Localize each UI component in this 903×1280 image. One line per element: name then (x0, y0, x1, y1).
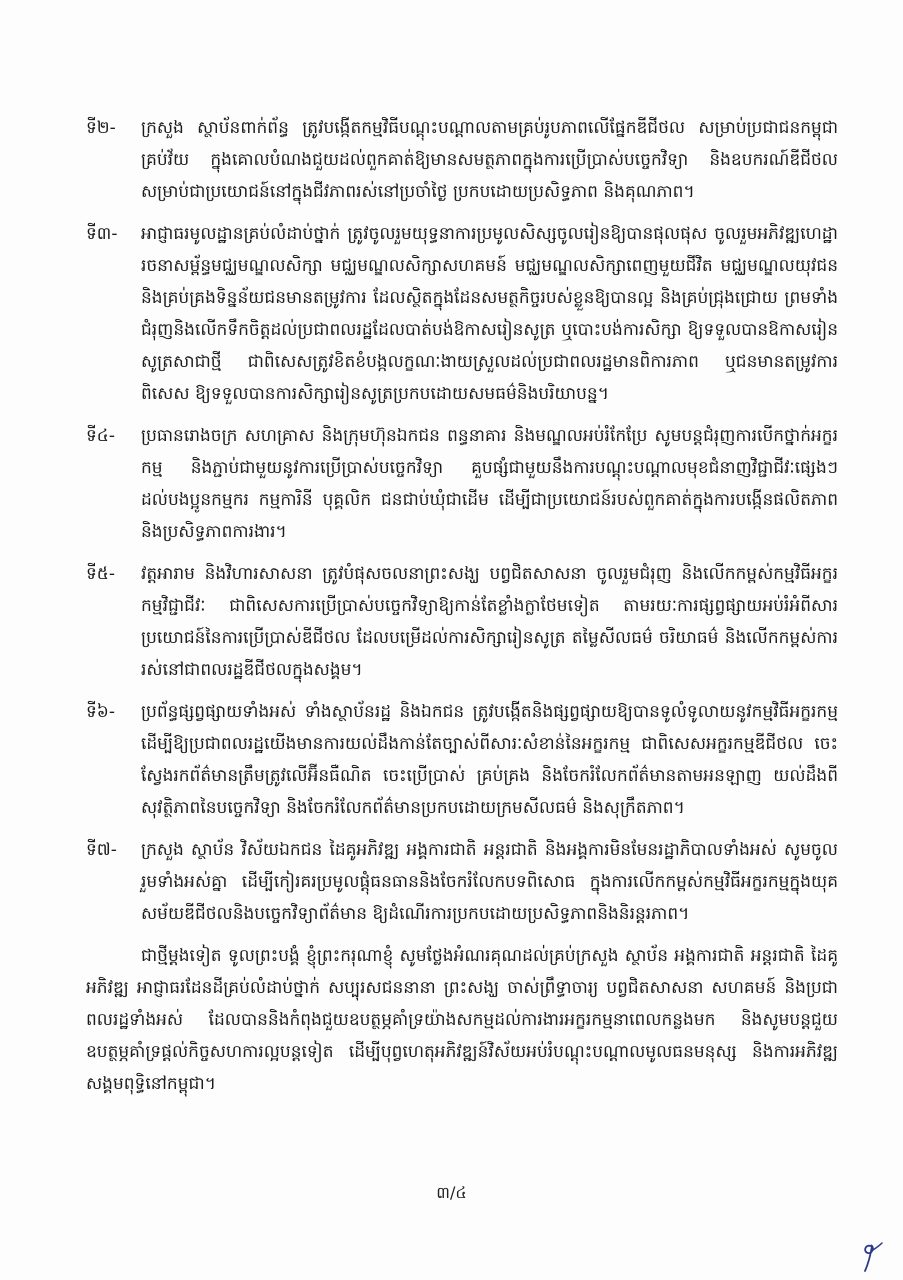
closing-paragraph: ជាថ្មីម្តងទៀត ទូលព្រះបង្គំ ខ្ញុំព្រះករុណ… (86, 940, 838, 1100)
list-item: ទី២- ក្រសួង ស្ថាប័នពាក់ព័ន្ធ ត្រូវបង្កើត… (86, 112, 838, 208)
item-number: ទី៥- (86, 558, 115, 590)
handwritten-initial-icon (857, 1240, 885, 1274)
item-text: វត្តអារាម និងវិហារសាសនា ត្រូវបំផុសចលនាព្… (141, 558, 838, 686)
item-text: ប្រធានរោងចក្រ សហគ្រាស និងក្រុមហ៊ុនឯកជន ព… (141, 420, 838, 548)
list-item: ទី៧- ក្រសួង ស្ថាប័ន វិស័យឯកជន ដៃគូអភិវឌ្… (86, 834, 838, 930)
item-text: ប្រព័ន្ធផ្សព្វផ្សាយទាំងអស់ ទាំងស្ថាប័នរដ… (141, 696, 838, 824)
item-text: ក្រសួង ស្ថាប័នពាក់ព័ន្ធ ត្រូវបង្កើតកម្មវ… (141, 112, 838, 208)
list-item: ទី៤- ប្រធានរោងចក្រ សហគ្រាស និងក្រុមហ៊ុនឯ… (86, 420, 838, 548)
list-item: ទី៥- វត្តអារាម និងវិហារសាសនា ត្រូវបំផុសច… (86, 558, 838, 686)
document-page: ទី២- ក្រសួង ស្ថាប័នពាក់ព័ន្ធ ត្រូវបង្កើត… (0, 0, 903, 1280)
document-body: ទី២- ក្រសួង ស្ថាប័នពាក់ព័ន្ធ ត្រូវបង្កើត… (86, 112, 838, 1117)
item-text: ក្រសួង ស្ថាប័ន វិស័យឯកជន ដៃគូអភិវឌ្ឍ អង្… (141, 834, 838, 930)
list-item: ទី៦- ប្រព័ន្ធផ្សព្វផ្សាយទាំងអស់ ទាំងស្ថា… (86, 696, 838, 824)
item-number: ទី២- (86, 112, 116, 144)
item-text: អាជ្ញាធរមូលដ្ឋានគ្រប់លំដាប់ថ្នាក់ ត្រូវច… (141, 218, 838, 410)
item-number: ទី៧- (86, 834, 117, 866)
item-number: ទី៣- (86, 218, 117, 250)
list-item: ទី៣- អាជ្ញាធរមូលដ្ឋានគ្រប់លំដាប់ថ្នាក់ ត… (86, 218, 838, 410)
item-number: ទី៤- (86, 420, 115, 452)
page-number: ៣/៤ (0, 1182, 903, 1206)
item-number: ទី៦- (86, 696, 115, 728)
